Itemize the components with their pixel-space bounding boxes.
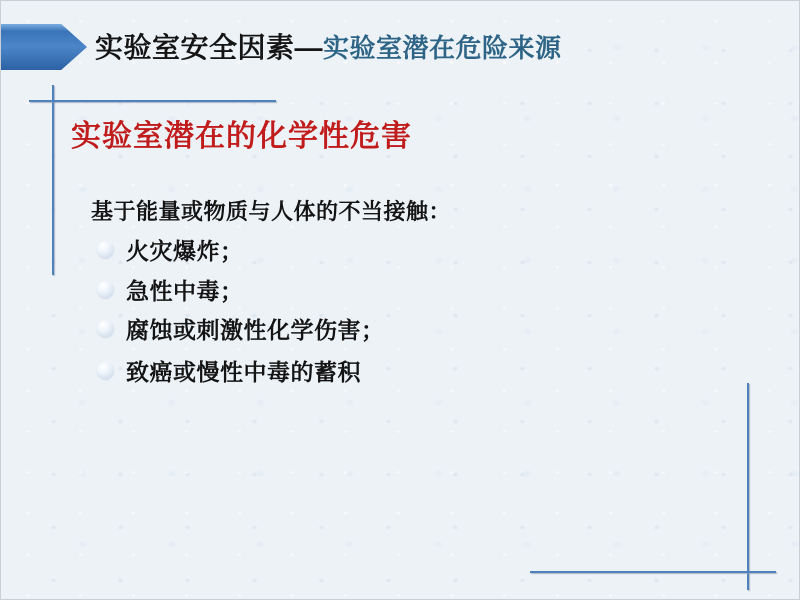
bullet-text: 急性中毒； <box>126 273 244 306</box>
list-item: 致癌或慢性中毒的蓄积 <box>97 355 361 385</box>
crosshair-line-topleft-vertical <box>52 85 54 275</box>
bullet-sphere-icon <box>97 281 114 298</box>
list-item: 腐蚀或刺激性化学伤害； <box>97 313 385 343</box>
crosshair-line-bottomright-horizontal <box>530 571 776 573</box>
bullet-text: 腐蚀或刺激性化学伤害； <box>126 312 385 345</box>
slide-header-title: 实验室安全因素—实验室潜在危险来源 <box>95 26 562 75</box>
bullet-sphere-icon <box>97 362 114 379</box>
crosshair-line-bottomright-vertical <box>747 383 749 590</box>
bullet-text: 致癌或慢性中毒的蓄积 <box>126 354 361 387</box>
crosshair-line-topleft-horizontal <box>29 100 276 102</box>
intro-text: 基于能量或物质与人体的不当接触： <box>91 195 451 226</box>
header-title-main: 实验室安全因素— <box>95 32 323 63</box>
bullet-sphere-icon <box>97 320 114 337</box>
arrow-right-icon <box>1 24 87 70</box>
section-title: 实验室潜在的化学性危害 <box>71 111 412 155</box>
list-item: 急性中毒； <box>97 274 244 304</box>
bullet-sphere-icon <box>97 241 114 258</box>
header-title-sub: 实验室潜在危险来源 <box>323 33 562 63</box>
list-item: 火灾爆炸； <box>97 234 244 264</box>
slide-background: 实验室安全因素—实验室潜在危险来源 实验室潜在的化学性危害 基于能量或物质与人体… <box>0 0 800 600</box>
bullet-text: 火灾爆炸； <box>126 233 244 266</box>
